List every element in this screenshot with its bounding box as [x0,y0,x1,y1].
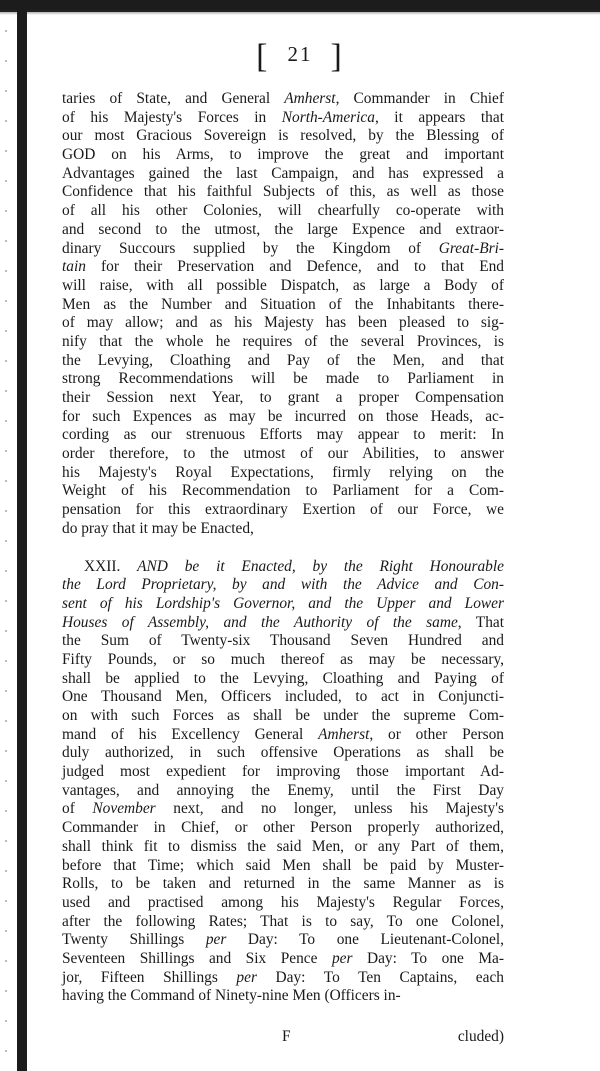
italic-text: AND be it Enacted, by the Right Honourab… [137,558,504,575]
catchword: cluded) [458,1027,504,1046]
text-line: pensation for this extraordinary Exertio… [62,501,504,520]
text-line: One Thousand Men, Officers included, to … [62,688,504,707]
text-line: Seventeen Shillings and Six Pence per Da… [62,950,504,969]
italic-text: North-America [282,109,375,126]
text-line: our most Gracious Sovereign is resolved,… [62,127,504,146]
text-line: having the Command of Ninety-nine Men (O… [62,987,504,1006]
text-line: the Levying, Cloathing and Pay of the Me… [62,352,504,371]
text-line: judged most expedient for improving thos… [62,763,504,782]
text-line: Men as the Number and Situation of the I… [62,296,504,315]
paragraph-gap [62,539,504,558]
body-text: taries of State, and General Amherst, Co… [62,90,504,1006]
text-line: Fifty Pounds, or so much thereof as may … [62,651,504,670]
text-line: Rolls, to be taken and returned in the s… [62,875,504,894]
page-number: 21 [288,42,313,66]
italic-text: per [236,969,257,986]
text-line: of may allow; and as his Majesty has bee… [62,314,504,333]
text-line: of all his other Colonies, will chearful… [62,202,504,221]
text-line: used and practised among his Majesty's R… [62,894,504,913]
text-line: do pray that it may be Enacted, [62,520,504,539]
italic-text: the Lord Proprietary, by and with the Ad… [62,576,504,593]
text-line: GOD on his Arms, to improve the great an… [62,146,504,165]
text-line: sent of his Lordship's Governor, and the… [62,595,504,614]
text-line: order therefore, to the utmost of our Ab… [62,445,504,464]
text-line: on with such Forces as shall be under th… [62,707,504,726]
italic-text: sent of his Lordship's Governor, and the… [62,595,504,612]
text-line: taries of State, and General Amherst, Co… [62,90,504,109]
text-line: and second to the utmost, the large Expe… [62,221,504,240]
italic-text: November [92,800,155,817]
text-line: of November next, and no longer, unless … [62,800,504,819]
text-line: nify that the whole he requires of the s… [62,333,504,352]
text-line: vantages, and annoying the Enemy, until … [62,782,504,801]
text-line: jor, Fifteen Shillings per Day: To Ten C… [62,969,504,988]
text-line: before that Time; which said Men shall b… [62,857,504,876]
text-line: Twenty Shillings per Day: To one Lieuten… [62,931,504,950]
text-line: their Session next Year, to grant a prop… [62,389,504,408]
page-number-header: [21] [0,38,600,76]
italic-text: per [206,931,227,948]
text-line: the Lord Proprietary, by and with the Ad… [62,576,504,595]
text-line: XXII. AND be it Enacted, by the Right Ho… [62,558,504,577]
text-line: the Sum of Twenty-six Thousand Seven Hun… [62,632,504,651]
text-line: dinary Succours supplied by the Kingdom … [62,240,504,259]
text-line: shall think fit to dismiss the said Men,… [62,838,504,857]
text-line: of his Majesty's Forces in North-America… [62,109,504,128]
text-line: Confidence that his faithful Subjects of… [62,183,504,202]
italic-text: tain [62,258,86,275]
scan-top-shadow [0,10,600,15]
signature-mark: F [282,1027,291,1046]
text-line: Advantages gained the last Campaign, and… [62,165,504,184]
text-line: Houses of Assembly, and the Authority of… [62,614,504,633]
bracket-open: [ [256,38,269,75]
italic-text: Amherst [284,90,335,107]
text-line: cording as our strenuous Efforts may app… [62,426,504,445]
text-line: after the following Rates; That is to sa… [62,913,504,932]
text-line: will raise, with all possible Dispatch, … [62,277,504,296]
text-line: for such Expences as may be incurred on … [62,408,504,427]
text-line: shall be applied to the Levying, Cloathi… [62,670,504,689]
italic-text: per [332,950,353,967]
scan-left-speckle [5,20,7,1060]
italic-text: Great-Bri- [439,240,504,257]
paragraph: taries of State, and General Amherst, Co… [62,90,504,539]
scan-left-edge [17,0,27,1071]
paragraph: XXII. AND be it Enacted, by the Right Ho… [62,558,504,1007]
text-line: duly authorized, in such offensive Opera… [62,744,504,763]
text-line: Weight of his Recommendation to Parliame… [62,482,504,501]
italic-text: Houses of Assembly, and the Authority of… [62,614,458,631]
text-line: mand of his Excellency General Amherst, … [62,726,504,745]
italic-text: Amherst [318,726,369,743]
text-line: his Majesty's Royal Expectations, firmly… [62,464,504,483]
text-line: Commander in Chief, or other Person prop… [62,819,504,838]
text-line: strong Recommendations will be made to P… [62,370,504,389]
bracket-close: ] [331,38,344,75]
text-line: tain for their Preservation and Defence,… [62,258,504,277]
page-footer: F cluded) [62,1027,504,1046]
